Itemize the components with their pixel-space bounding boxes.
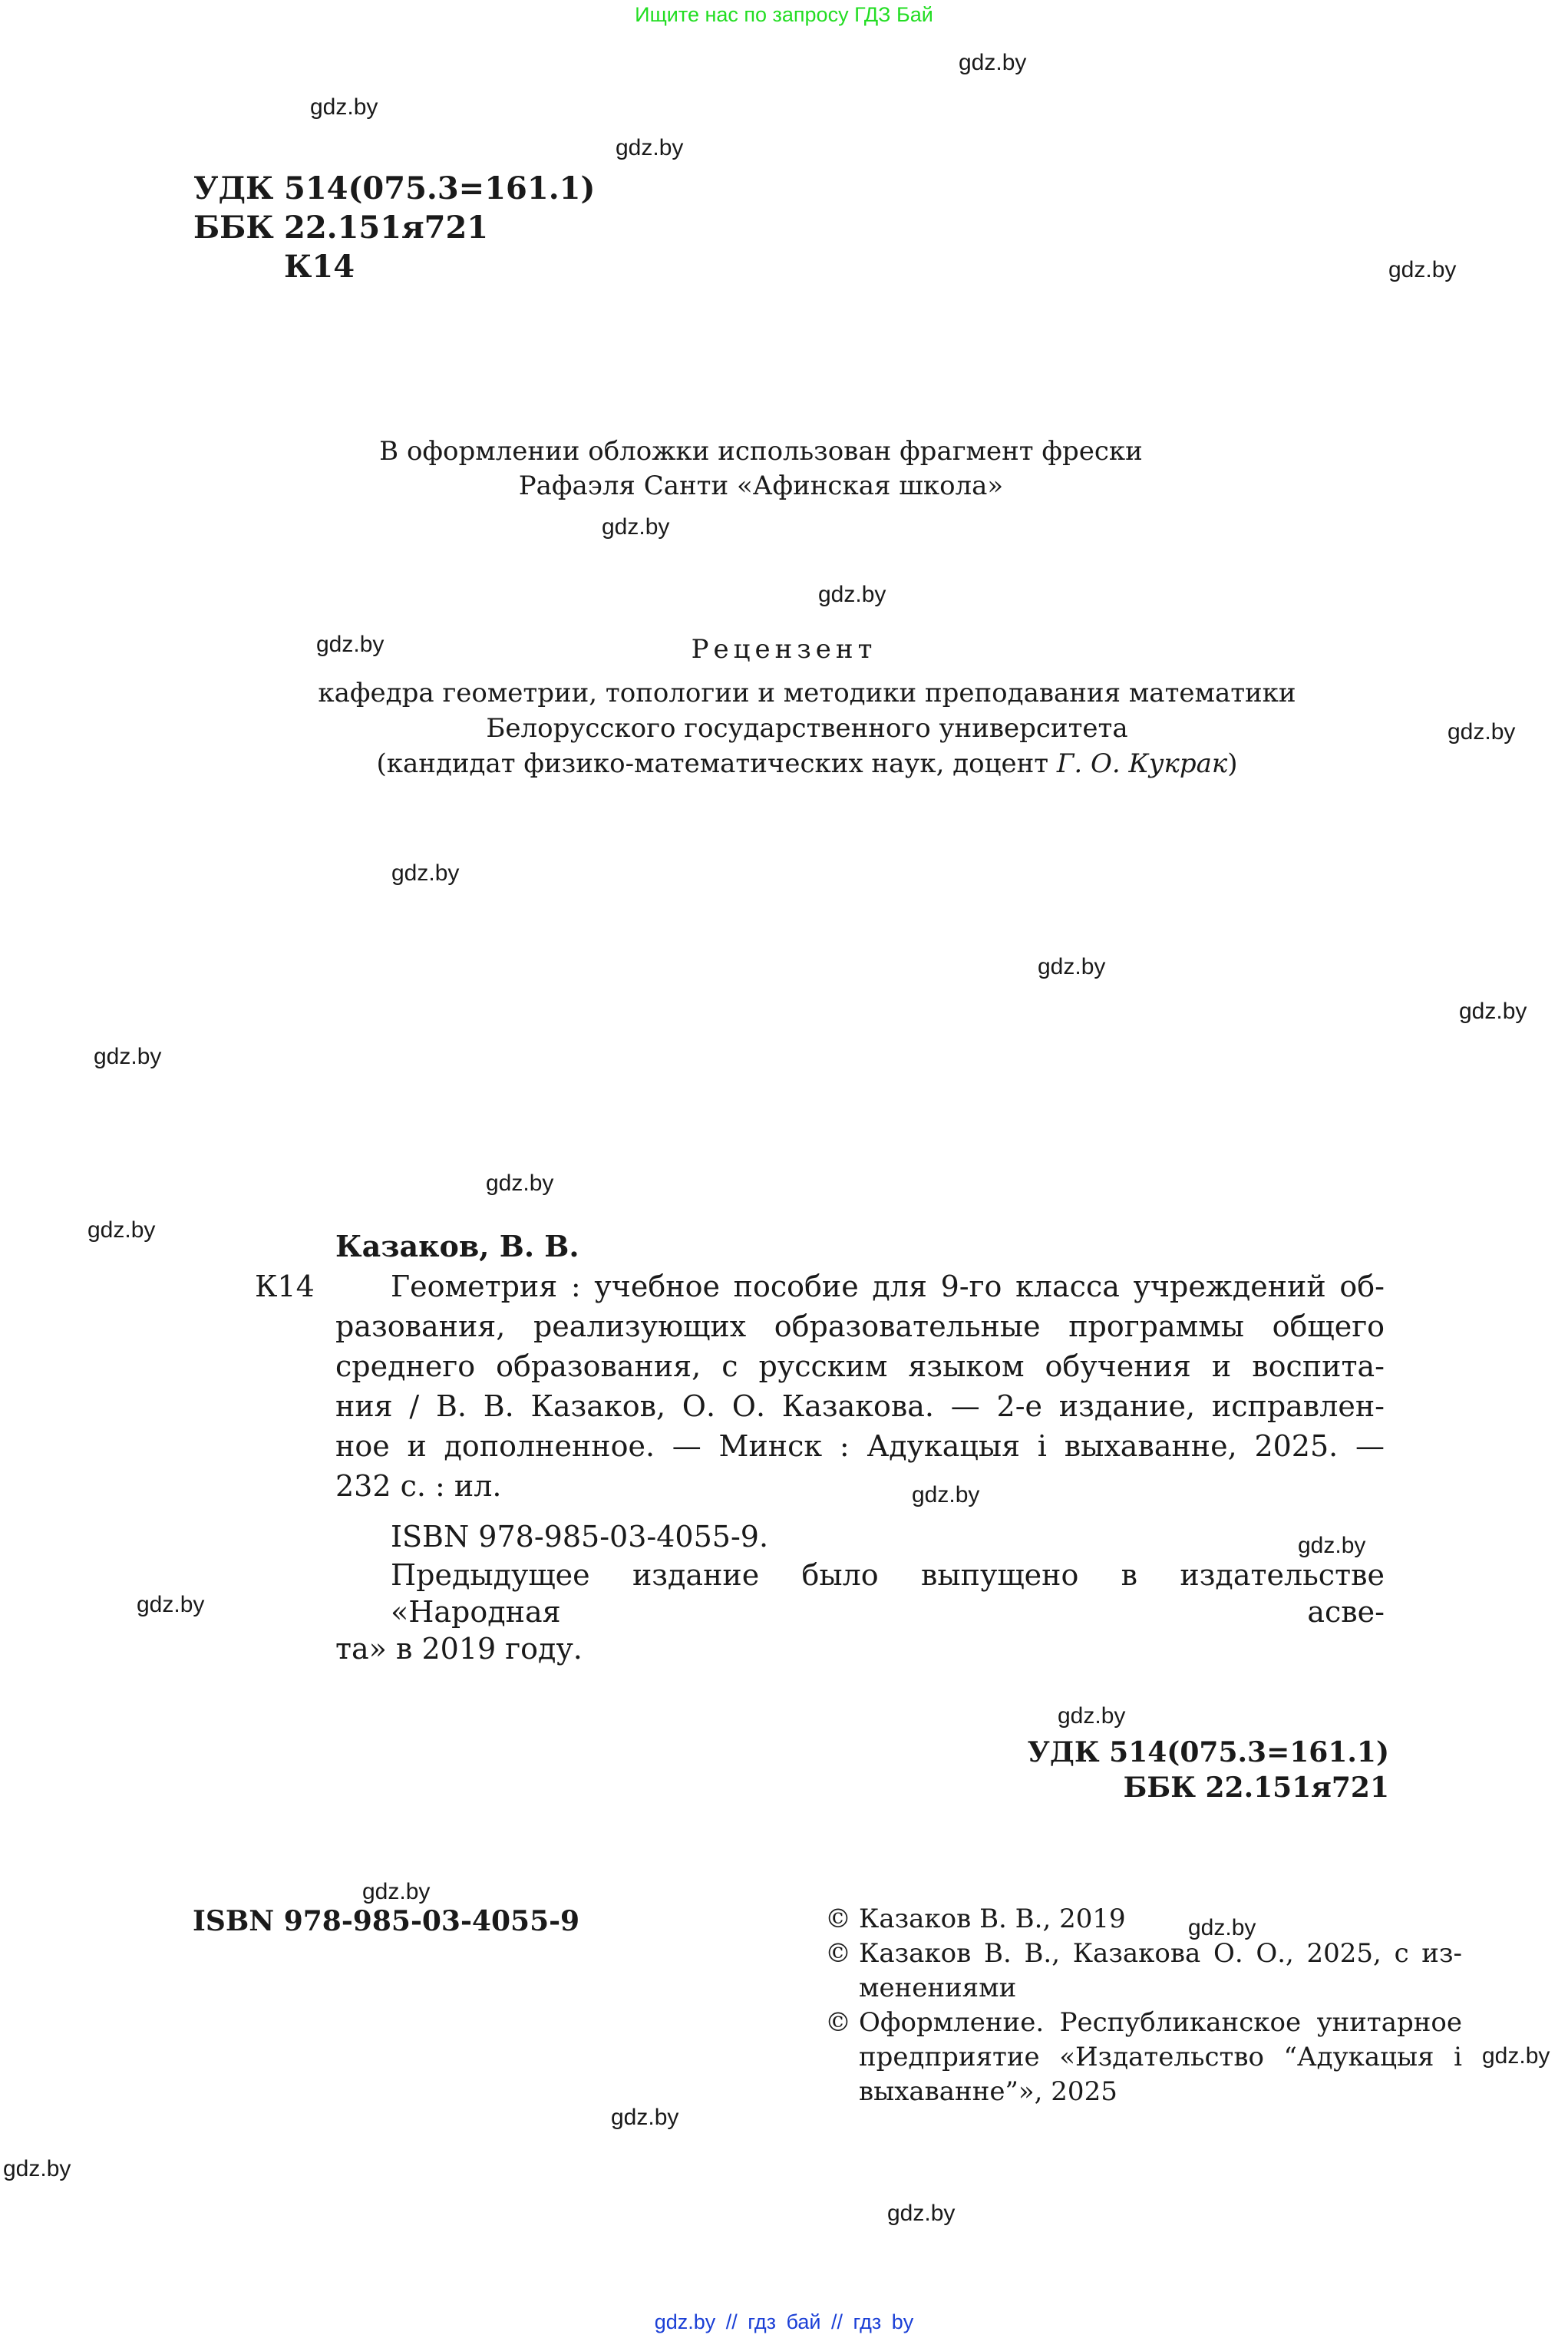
- previous-edition-line: та» в 2019 году.: [335, 1630, 1385, 1667]
- copyright-item: © Казаков В. В., Казакова О. О., 2025, с…: [825, 1937, 1462, 2006]
- author-heading: Казаков, В. В.: [335, 1227, 1385, 1266]
- watermark: gdz.by: [137, 1592, 204, 1618]
- watermark: gdz.by: [1058, 1703, 1125, 1729]
- watermark: gdz.by: [959, 50, 1026, 76]
- copyright-item: © Казаков В. В., 2019: [825, 1902, 1462, 1937]
- author-mark: К14: [255, 1266, 315, 1306]
- bbk-row: ББК 22.151я721: [193, 208, 595, 247]
- previous-edition-line: Предыдущее издание было выпущено в издат…: [335, 1557, 1385, 1630]
- reviewer-degree: (кандидат физико-математических наук, до…: [377, 748, 1057, 779]
- copyright-line: выхаванне”», 2025: [859, 2075, 1462, 2109]
- watermark: gdz.by: [611, 2105, 678, 2131]
- description-line: среднего образования, с русским языком о…: [335, 1346, 1385, 1386]
- reviewer-line: Белорусского государственного университе…: [46, 711, 1568, 746]
- top-banner-link[interactable]: Ищите нас по запросу ГДЗ Бай: [0, 3, 1568, 27]
- watermark: gdz.by: [87, 1217, 155, 1243]
- watermark: gdz.by: [887, 2201, 955, 2227]
- copyright-icon: ©: [825, 1902, 859, 1937]
- reviewer-title: Рецензент: [0, 634, 1568, 665]
- bbk-value: 22.151я721: [284, 208, 488, 247]
- udk-code: УДК 514(075.3=161.1): [1028, 1735, 1389, 1770]
- copyright-line: Казаков В. В., Казакова О. О., 2025, с и…: [859, 1937, 1462, 1971]
- udk-value: 514(075.3=161.1): [284, 169, 595, 208]
- copyright-line: Казаков В. В., 2019: [859, 1902, 1462, 1937]
- isbn: ISBN 978-985-03-4055-9.: [335, 1517, 1385, 1557]
- bibliographic-record: Казаков, В. В. К14 Геометрия : учебное п…: [335, 1227, 1385, 1667]
- watermark: gdz.by: [310, 94, 378, 121]
- watermark: gdz.by: [391, 860, 459, 887]
- copyright-item: © Оформление. Республиканское унитарное …: [825, 2006, 1462, 2109]
- watermark: gdz.by: [94, 1044, 161, 1070]
- copyright-icon: ©: [825, 2006, 859, 2109]
- udk-label: УДК: [193, 169, 284, 208]
- description-line: Геометрия : учебное пособие для 9-го кла…: [335, 1266, 1385, 1306]
- author-mark: К14: [193, 247, 595, 286]
- cover-note: В оформлении обложки использован фрагмен…: [0, 434, 1568, 504]
- copyright-icon: ©: [825, 1937, 859, 2006]
- watermark: gdz.by: [1388, 257, 1456, 283]
- watermark: gdz.by: [602, 514, 669, 540]
- previous-edition-note: Предыдущее издание было выпущено в издат…: [335, 1557, 1385, 1667]
- description-line: ное и дополненное. — Минск : Адукацыя і …: [335, 1426, 1385, 1466]
- udk-row: УДК 514(075.3=161.1): [193, 169, 595, 208]
- reviewer-close-paren: ): [1227, 748, 1237, 779]
- watermark: gdz.by: [1038, 954, 1105, 980]
- watermark: gdz.by: [1459, 999, 1527, 1025]
- watermark: gdz.by: [616, 135, 683, 161]
- watermark: gdz.by: [818, 582, 886, 608]
- description-line: ния / В. В. Казаков, О. О. Казакова. — 2…: [335, 1386, 1385, 1426]
- bbk-code: ББК 22.151я721: [1028, 1770, 1389, 1805]
- bottom-banner-link[interactable]: gdz.by // гдз бай // гдз by: [0, 2310, 1568, 2334]
- description-line: разования, реализующих образовательные п…: [335, 1306, 1385, 1346]
- reviewer-line: (кандидат физико-математических наук, до…: [46, 746, 1568, 781]
- reviewer-line: кафедра геометрии, топологии и методики …: [46, 675, 1568, 711]
- copyright-line: Оформление. Республиканское унитарное: [859, 2006, 1462, 2040]
- cover-note-line: Рафаэля Санти «Афинская школа»: [0, 469, 1568, 504]
- copyright-line: менениями: [859, 1971, 1462, 2006]
- classification-codes-bottom: УДК 514(075.3=161.1) ББК 22.151я721: [1028, 1735, 1389, 1805]
- bbk-label: ББК: [193, 208, 284, 247]
- watermark: gdz.by: [362, 1879, 430, 1905]
- copyright-line: предприятие «Издательство “Адукацыя і: [859, 2040, 1462, 2075]
- classification-codes-top: УДК 514(075.3=161.1) ББК 22.151я721 К14: [193, 169, 595, 286]
- cover-note-line: В оформлении обложки использован фрагмен…: [0, 434, 1568, 469]
- copyright-block: © Казаков В. В., 2019 © Казаков В. В., К…: [825, 1902, 1462, 2109]
- description: Геометрия : учебное пособие для 9-го кла…: [335, 1266, 1385, 1506]
- watermark: gdz.by: [3, 2156, 71, 2182]
- watermark: gdz.by: [1482, 2043, 1550, 2069]
- watermark: gdz.by: [486, 1171, 553, 1197]
- reviewer-body: кафедра геометрии, топологии и методики …: [0, 675, 1568, 781]
- description-line: 232 с. : ил.: [335, 1466, 1385, 1506]
- isbn-bottom: ISBN 978-985-03-4055-9: [193, 1905, 579, 1937]
- reviewer-name: Г. О. Кукрак: [1057, 748, 1227, 779]
